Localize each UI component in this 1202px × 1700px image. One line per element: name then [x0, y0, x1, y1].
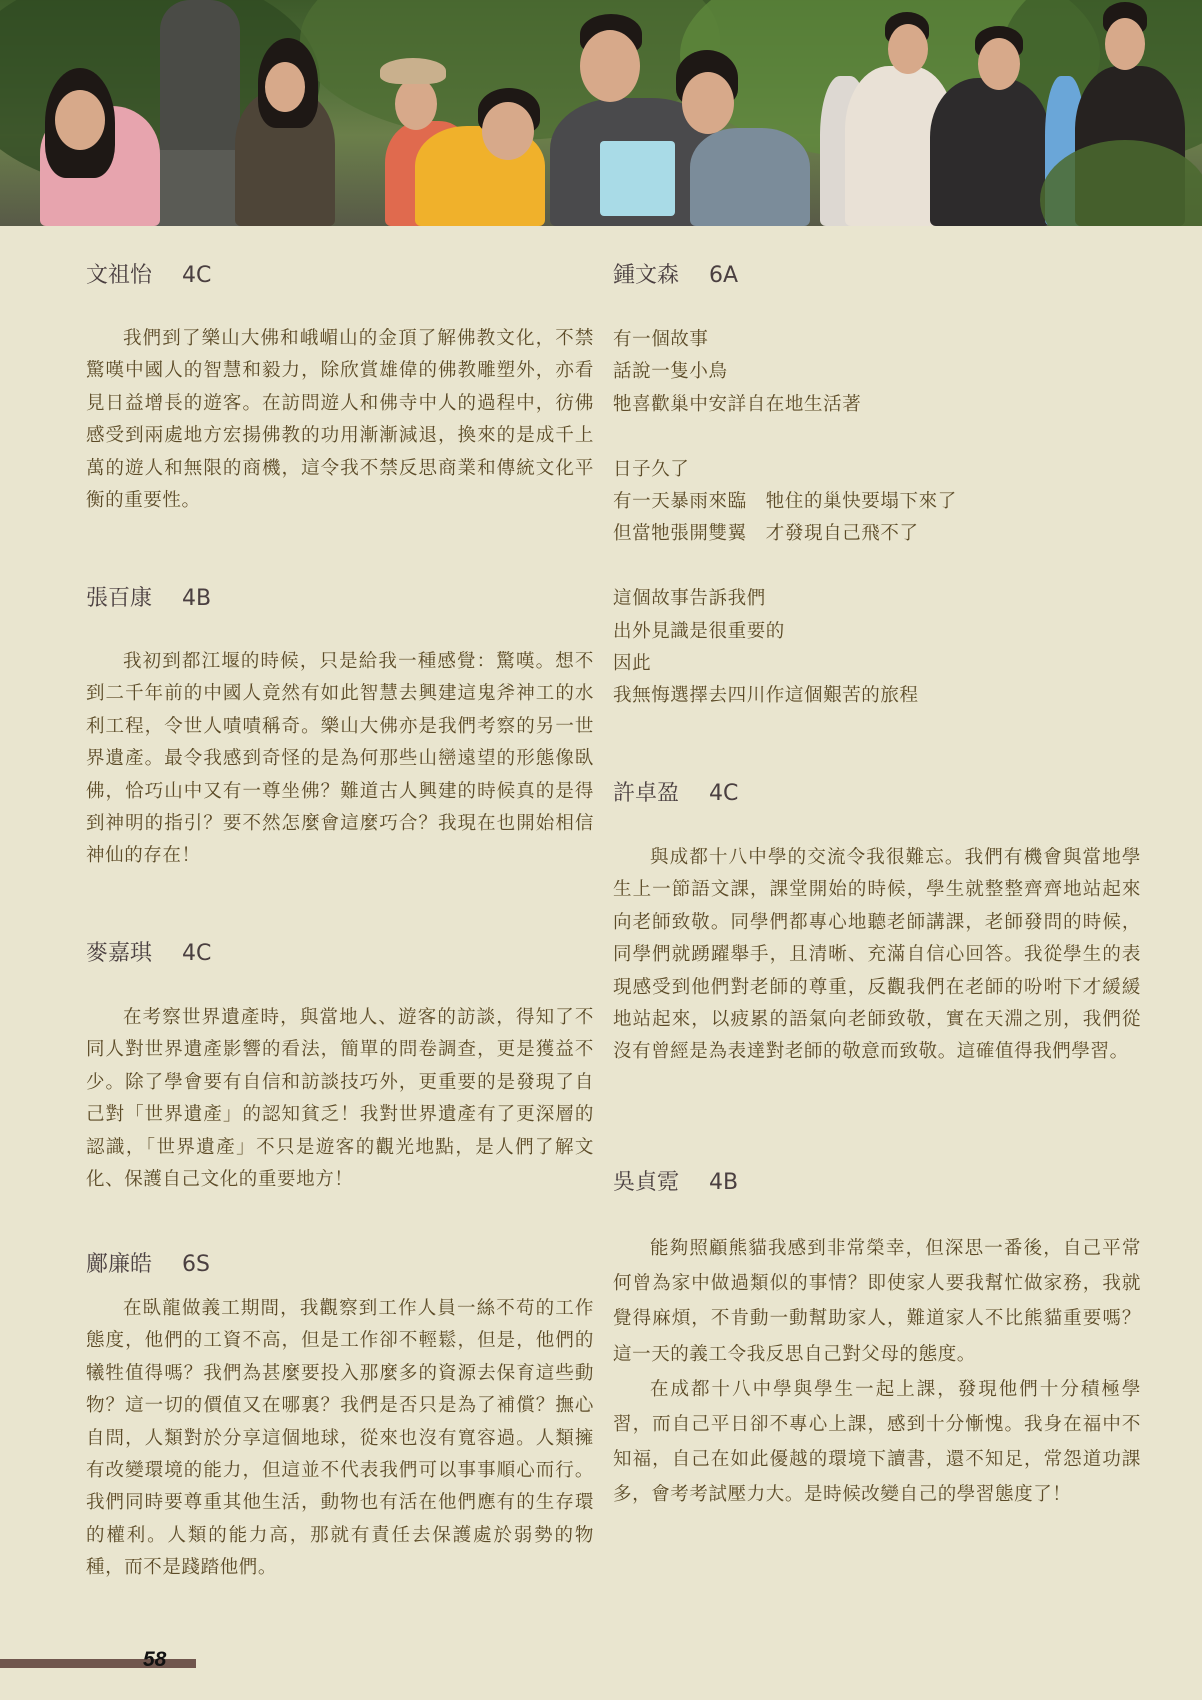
student-name: 文祖怡: [86, 263, 152, 288]
entry-heading: 文祖怡4C: [86, 262, 594, 290]
header-photo: [0, 0, 1202, 226]
paragraph: 在考察世界遺產時，與當地人、遊客的訪談，得知了不同人對世界遺產影響的看法，簡單的…: [86, 1002, 594, 1196]
entry-heading: 許卓盈4C: [613, 780, 1153, 808]
poem-line: 這個故事告訴我們: [613, 583, 1153, 615]
entry-heading: 鍾文森6A: [613, 262, 1153, 290]
paragraph: 在臥龍做義工期間，我觀察到工作人員一絲不苟的工作態度，他們的工資不高，但是工作卻…: [86, 1293, 594, 1585]
entry-body: 在臥龍做義工期間，我觀察到工作人員一絲不苟的工作態度，他們的工資不高，但是工作卻…: [86, 1293, 594, 1585]
person-head: [55, 90, 105, 150]
paragraph: 與成都十八中學的交流令我很難忘。我們有機會與當地學生上一節語文課，課堂開始的時候…: [613, 842, 1141, 1069]
poem-line: [613, 551, 1153, 583]
poem-line: 日子久了: [613, 454, 1153, 486]
person-head: [978, 38, 1020, 90]
poem-line: 話說一隻小鳥: [613, 356, 1153, 388]
person-head: [395, 78, 437, 130]
footer-bar: [0, 1659, 196, 1668]
entry-ng-ching-ngai: 吳貞霓4B 能夠照顧熊貓我感到非常榮幸，但深思一番後，自己平常何曾為家中做過類似…: [613, 1169, 1153, 1513]
person-head: [482, 102, 534, 160]
poem-line: 因此: [613, 648, 1153, 680]
person-shape: [690, 128, 810, 226]
poem-line: 出外見識是很重要的: [613, 616, 1153, 648]
person-cap: [380, 58, 446, 84]
entry-body: 我初到都江堰的時候，只是給我一種感覺：驚嘆。想不到二千年前的中國人竟然有如此智慧…: [86, 646, 594, 873]
entry-cheung-pak-hong: 張百康4B 我初到都江堰的時候，只是給我一種感覺：驚嘆。想不到二千年前的中國人竟…: [86, 585, 594, 873]
student-class: 4C: [182, 263, 211, 288]
paragraph: 在成都十八中學與學生一起上課，發現他們十分積極學習，而自己平日卻不專心上課，感到…: [613, 1372, 1141, 1513]
person-head: [888, 24, 928, 74]
entry-kwong-lim-ho: 鄺廉皓6S 在臥龍做義工期間，我觀察到工作人員一絲不苟的工作態度，他們的工資不高…: [86, 1251, 594, 1585]
person-head: [1105, 18, 1145, 70]
entry-heading: 麥嘉琪4C: [86, 940, 594, 968]
page-number: 58: [143, 1648, 166, 1672]
student-name: 許卓盈: [613, 781, 679, 806]
entry-body: 在考察世界遺產時，與當地人、遊客的訪談，得知了不同人對世界遺產影響的看法，簡單的…: [86, 1002, 594, 1196]
person-shape: [930, 78, 1050, 226]
entry-chung-man-sum: 鍾文森6A 有一個故事 話說一隻小鳥 牠喜歡巢中安詳自在地生活著 日子久了 有一…: [613, 262, 1153, 713]
student-name: 吳貞霓: [613, 1170, 679, 1195]
paragraph: 能夠照顧熊貓我感到非常榮幸，但深思一番後，自己平常何曾為家中做過類似的事情？即使…: [613, 1231, 1141, 1372]
entry-heading: 鄺廉皓6S: [86, 1251, 594, 1279]
folder-shape: [600, 141, 675, 216]
poem-line: [613, 421, 1153, 453]
statue-shape: [160, 0, 240, 160]
student-class: 4C: [709, 781, 738, 806]
student-class: 6A: [709, 263, 738, 288]
student-class: 6S: [182, 1252, 210, 1277]
entry-body: 與成都十八中學的交流令我很難忘。我們有機會與當地學生上一節語文課，課堂開始的時候…: [613, 842, 1141, 1069]
paragraph: 我們到了樂山大佛和峨嵋山的金頂了解佛教文化，不禁驚嘆中國人的智慧和毅力，除欣賞雄…: [86, 323, 594, 517]
student-name: 張百康: [86, 586, 152, 611]
student-class: 4C: [182, 941, 211, 966]
entry-body: 能夠照顧熊貓我感到非常榮幸，但深思一番後，自己平常何曾為家中做過類似的事情？即使…: [613, 1231, 1141, 1513]
person-head: [265, 62, 305, 112]
student-class: 4B: [182, 586, 211, 611]
student-name: 麥嘉琪: [86, 941, 152, 966]
person-head: [682, 72, 734, 134]
person-head: [580, 30, 640, 102]
poem-body: 有一個故事 話說一隻小鳥 牠喜歡巢中安詳自在地生活著 日子久了 有一天暴雨來臨 …: [613, 324, 1153, 713]
paragraph: 我初到都江堰的時候，只是給我一種感覺：驚嘆。想不到二千年前的中國人竟然有如此智慧…: [86, 646, 594, 873]
student-name: 鄺廉皓: [86, 1252, 152, 1277]
poem-line: 有一天暴雨來臨 牠住的巢快要塌下來了: [613, 486, 1153, 518]
entry-body: 我們到了樂山大佛和峨嵋山的金頂了解佛教文化，不禁驚嘆中國人的智慧和毅力，除欣賞雄…: [86, 323, 594, 517]
poem-line: 但當牠張開雙翼 才發現自己飛不了: [613, 518, 1153, 550]
entry-mak-ka-kei: 麥嘉琪4C 在考察世界遺產時，與當地人、遊客的訪談，得知了不同人對世界遺產影響的…: [86, 940, 594, 1196]
poem-line: 牠喜歡巢中安詳自在地生活著: [613, 389, 1153, 421]
student-class: 4B: [709, 1170, 738, 1195]
entry-heading: 吳貞霓4B: [613, 1169, 1153, 1197]
poem-line: 有一個故事: [613, 324, 1153, 356]
student-name: 鍾文森: [613, 263, 679, 288]
entry-heading: 張百康4B: [86, 585, 594, 613]
entry-man-tsu-yi: 文祖怡4C 我們到了樂山大佛和峨嵋山的金頂了解佛教文化，不禁驚嘆中國人的智慧和毅…: [86, 262, 594, 517]
poem-line: 我無悔選擇去四川作這個艱苦的旅程: [613, 680, 1153, 712]
entry-hui-cheuk-ying: 許卓盈4C 與成都十八中學的交流令我很難忘。我們有機會與當地學生上一節語文課，課…: [613, 780, 1153, 1069]
